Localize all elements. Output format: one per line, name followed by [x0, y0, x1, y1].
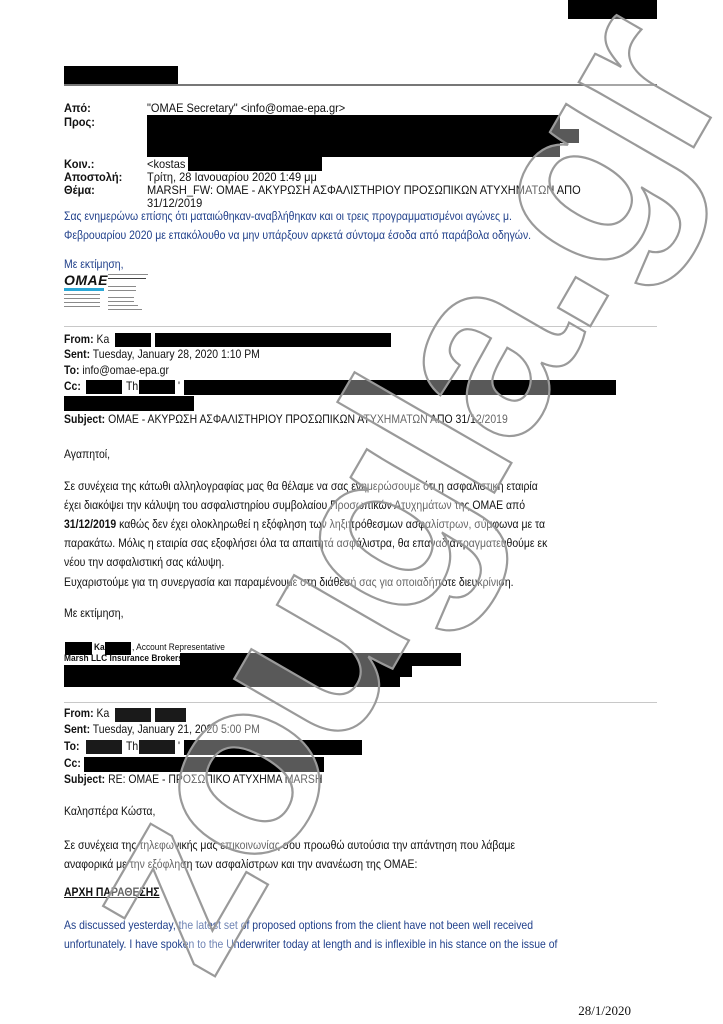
- quote-line: unfortunately. I have spoken to the Unde…: [64, 935, 557, 954]
- cc-value: <kostas: [147, 157, 185, 171]
- footer-date: 28/1/2020: [578, 1003, 631, 1019]
- fwd1-closing: Με εκτίμηση,: [64, 607, 124, 620]
- fwd1-from-label: From:: [64, 333, 94, 346]
- redaction-fwd1-cc-4: [64, 396, 194, 411]
- omae-line: Σας ενημερώνω επίσης ότι ματαιώθηκαν-ανα…: [64, 207, 531, 226]
- divider-forward2: [64, 702, 657, 703]
- sig-detail-line: [108, 301, 134, 302]
- omae-logo: OMAE: [64, 272, 108, 288]
- redaction-sig-details-3: [64, 677, 400, 687]
- fwd2-from: From: Ka: [64, 707, 109, 720]
- redaction-fwd1-from: [115, 333, 151, 347]
- redaction-fwd1-cc: [86, 380, 122, 394]
- redaction-fwd2-to: [86, 740, 122, 754]
- subject-value: MARSH_FW: ΟΜΑΕ - ΑΚΥΡΩΣΗ ΑΣΦΑΛΙΣΤΗΡΙΟΥ Π…: [147, 183, 581, 197]
- label-subject: Θέμα:: [64, 183, 95, 197]
- fwd1-body-line: παρακάτω. Μόλις η εταιρία σας εξοφλήσει …: [64, 534, 547, 553]
- fwd1-thanks: Ευχαριστούμε για τη συνεργασία και παραμ…: [64, 576, 514, 589]
- fwd2-subject: Subject: RE: ΟΜΑΕ - ΠΡΟΣΩΠΙΚΟ ΑΤΥΧΗΜΑ MA…: [64, 773, 322, 786]
- fwd1-body: Σε συνέχεια της κάτωθι αλληλογραφίας μας…: [64, 477, 547, 572]
- sent-value: Τρίτη, 28 Ιανουαρίου 2020 1:49 μμ: [147, 170, 317, 184]
- label-from: Από:: [64, 101, 91, 115]
- redaction-fwd2-cc: [84, 757, 324, 772]
- redaction-fwd2-from-2: [155, 708, 186, 722]
- fwd1-body-line: νέου την ασφαλιστική σας κάλυψη.: [64, 553, 547, 572]
- sig-detail-line: [108, 305, 138, 306]
- fwd1-body-line: 31/12/2019 καθώς δεν έχει ολοκληρωθεί η …: [64, 515, 547, 534]
- redaction-fwd2-to-2: [139, 740, 175, 754]
- fwd2-subject-value: RE: ΟΜΑΕ - ΠΡΟΣΩΠΙΚΟ ΑΤΥΧΗΜΑ MARSH: [108, 773, 322, 786]
- fwd1-cc-tail: ': [178, 380, 180, 393]
- omae-line: Φεβρουαρίου 2020 με επακόλουθο να μην υπ…: [64, 226, 531, 245]
- fwd2-greeting: Καλησπέρα Κώστα,: [64, 805, 155, 818]
- redaction-cc: [188, 156, 322, 171]
- fwd1-sent-label: Sent:: [64, 348, 90, 361]
- fwd2-sent-value: Tuesday, January 21, 2020 5:00 PM: [93, 723, 260, 736]
- sig-detail-line: [64, 302, 100, 303]
- redaction-sig-details-2: [64, 665, 412, 677]
- fwd2-sent: Sent: Tuesday, January 21, 2020 5:00 PM: [64, 723, 260, 736]
- fwd1-body-line: Σε συνέχεια της κάτωθι αλληλογραφίας μας…: [64, 477, 547, 496]
- omae-logo-signature: OMAE: [62, 272, 172, 316]
- fwd1-to-value: info@omae-epa.gr: [82, 364, 169, 377]
- fwd2-to-label: To:: [64, 740, 79, 753]
- fwd1-sent: Sent: Tuesday, January 28, 2020 1:10 PM: [64, 348, 260, 361]
- redaction-to-2: [147, 129, 579, 143]
- sig-name: Ka: [94, 642, 105, 653]
- sig-detail-line: [108, 278, 146, 279]
- sig-detail-line: [108, 290, 136, 291]
- sig-detail-line: [64, 306, 100, 307]
- fwd1-from-value: Ka: [96, 333, 109, 346]
- fwd2-to-mid: Th: [126, 740, 138, 753]
- fwd2-subject-label: Subject:: [64, 773, 105, 786]
- sig-detail-line: [108, 286, 136, 287]
- fwd2-cc-label: Cc:: [64, 757, 81, 770]
- fwd1-cc-mid: Th: [126, 380, 138, 393]
- sig-detail-line: [64, 298, 100, 299]
- fwd1-cc-label: Cc:: [64, 380, 81, 393]
- fwd1-body-line: έχει διακόψει την κάλυψη του ασφαλιστηρί…: [64, 496, 547, 515]
- fwd1-to: To: info@omae-epa.gr: [64, 364, 169, 377]
- fwd2-body-line: αναφορικά με την εξόφληση των ασφαλίστρω…: [64, 855, 515, 874]
- sig-company: Marsh LLC Insurance Brokers: [64, 653, 183, 664]
- omae-message: Σας ενημερώνω επίσης ότι ματαιώθηκαν-ανα…: [64, 207, 531, 245]
- fwd1-subject: Subject: ΟΜΑΕ - ΑΚΥΡΩΣΗ ΑΣΦΑΛΙΣΤΗΡΙΟΥ ΠΡ…: [64, 413, 508, 426]
- redaction-fwd2-to-3: [184, 740, 362, 755]
- label-to: Προς:: [64, 115, 95, 129]
- redaction-fwd1-from-2: [155, 333, 391, 347]
- logo-accent-bar: [64, 288, 104, 291]
- sig-detail-line: [108, 309, 142, 310]
- fwd1-to-label: To:: [64, 364, 79, 377]
- from-value: "OMAE Secretary" <info@omae-epa.gr>: [147, 101, 345, 115]
- divider-forward1: [64, 326, 657, 327]
- fwd1-cc: Cc:: [64, 380, 81, 393]
- sig-detail-line: [108, 274, 148, 275]
- redaction-top-right: [568, 0, 657, 19]
- redaction-fwd1-cc-2: [139, 380, 175, 394]
- omae-closing: Με εκτίμηση,: [64, 258, 124, 271]
- fwd2-to-tail: ': [178, 740, 180, 753]
- redaction-fwd2-from: [115, 708, 151, 722]
- fwd2-body-line: Σε συνέχεια της τηλεφωνικής μας επικοινω…: [64, 836, 515, 855]
- label-cc: Κοιν.:: [64, 157, 94, 171]
- fwd1-from: From: Ka: [64, 333, 109, 346]
- fwd1-subject-value: ΟΜΑΕ - ΑΚΥΡΩΣΗ ΑΣΦΑΛΙΣΤΗΡΙΟΥ ΠΡΟΣΩΠΙΚΩΝ …: [108, 413, 508, 426]
- fwd1-greeting: Αγαπητοί,: [64, 448, 110, 461]
- header-divider: [64, 84, 657, 86]
- sig-title: , Account Representative: [132, 642, 225, 653]
- redaction-fwd1-cc-3: [184, 380, 616, 395]
- redaction-to-3: [147, 143, 560, 157]
- sig-detail-line: [64, 294, 100, 295]
- redaction-header-title: [64, 66, 178, 85]
- quote-heading: ΑΡΧΗ ΠΑΡΑΘΕΣΗΣ: [64, 886, 160, 899]
- quote-body: As discussed yesterday, the latest set o…: [64, 916, 557, 954]
- label-sent: Αποστολή:: [64, 170, 122, 184]
- fwd2-from-label: From:: [64, 707, 94, 720]
- fwd2-to: To:: [64, 740, 79, 753]
- fwd2-sent-label: Sent:: [64, 723, 90, 736]
- fwd1-subject-label: Subject:: [64, 413, 105, 426]
- quote-line: As discussed yesterday, the latest set o…: [64, 916, 557, 935]
- fwd2-body: Σε συνέχεια της τηλεφωνικής μας επικοινω…: [64, 836, 515, 874]
- fwd2-from-value: Ka: [96, 707, 109, 720]
- sig-detail-line: [108, 297, 134, 298]
- fwd1-sent-value: Tuesday, January 28, 2020 1:10 PM: [93, 348, 260, 361]
- redaction-to: [147, 115, 560, 129]
- fwd1-bold-date: 31/12/2019: [64, 518, 116, 531]
- fwd2-cc: Cc:: [64, 757, 81, 770]
